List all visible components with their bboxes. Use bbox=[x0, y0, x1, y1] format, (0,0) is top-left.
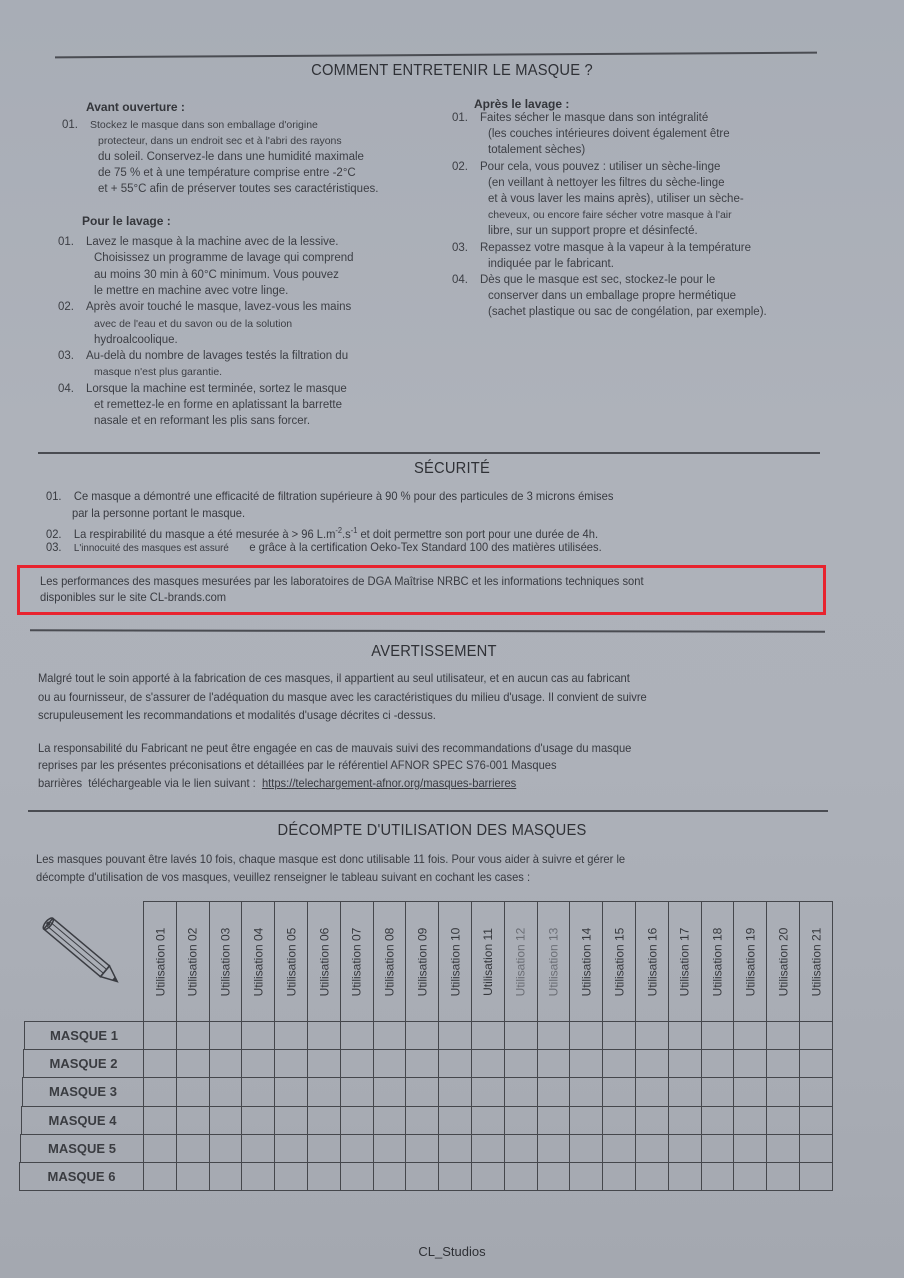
item-number: 01. bbox=[46, 489, 62, 503]
usage-checkbox-cell[interactable] bbox=[504, 1049, 538, 1078]
usage-checkbox-cell[interactable] bbox=[307, 1049, 341, 1078]
divider bbox=[55, 52, 817, 59]
column-header-label: Utilisation 08 bbox=[382, 927, 396, 996]
usage-checkbox-cell[interactable] bbox=[307, 1021, 341, 1050]
item-number: 03. bbox=[452, 240, 468, 256]
list-item-line: indiquée par le fabricant. bbox=[488, 256, 614, 272]
usage-checkbox-cell[interactable] bbox=[635, 1021, 669, 1050]
column-header-label: Utilisation 06 bbox=[317, 927, 331, 996]
usage-checkbox-cell[interactable] bbox=[569, 1134, 603, 1163]
usage-checkbox-cell[interactable] bbox=[274, 1021, 308, 1050]
usage-checkbox-cell[interactable] bbox=[143, 1162, 177, 1191]
list-item-line: du soleil. Conservez-le dans une humidit… bbox=[98, 149, 364, 165]
column-header: Utilisation 10 bbox=[438, 901, 472, 1022]
usage-checkbox-cell[interactable] bbox=[340, 1134, 374, 1163]
usage-checkbox-cell[interactable] bbox=[602, 1077, 636, 1106]
column-header: Utilisation 01 bbox=[143, 901, 177, 1022]
column-header-label: Utilisation 04 bbox=[251, 927, 265, 996]
list-item-line: Faites sécher le masque dans son intégra… bbox=[480, 110, 708, 126]
usage-checkbox-cell[interactable] bbox=[537, 1134, 571, 1163]
performance-note-line-1: Les performances des masques mesurées pa… bbox=[40, 573, 644, 590]
usage-checkbox-cell[interactable] bbox=[241, 1134, 275, 1163]
list-item-line: avec de l'eau et du savon ou de la solut… bbox=[94, 316, 292, 332]
usage-checkbox-cell[interactable] bbox=[438, 1106, 472, 1135]
usage-checkbox-cell[interactable] bbox=[405, 1134, 439, 1163]
list-item-line: nasale et en reformant les plis sans for… bbox=[94, 413, 310, 429]
column-header-label: Utilisation 14 bbox=[579, 927, 593, 996]
usage-checkbox-cell[interactable] bbox=[241, 1106, 275, 1135]
column-header: Utilisation 02 bbox=[176, 901, 210, 1022]
usage-checkbox-cell[interactable] bbox=[274, 1049, 308, 1078]
usage-checkbox-cell[interactable] bbox=[471, 1134, 505, 1163]
usage-checkbox-cell[interactable] bbox=[405, 1049, 439, 1078]
row-label: MASQUE 5 bbox=[20, 1134, 144, 1163]
usage-checkbox-cell[interactable] bbox=[635, 1134, 669, 1163]
usage-checkbox-cell[interactable] bbox=[504, 1106, 538, 1135]
unit-exponent: -1 bbox=[351, 526, 358, 535]
usage-checkbox-cell[interactable] bbox=[766, 1021, 800, 1050]
usage-checkbox-cell[interactable] bbox=[176, 1021, 210, 1050]
usage-checkbox-cell[interactable] bbox=[701, 1106, 735, 1135]
usage-checkbox-cell[interactable] bbox=[241, 1077, 275, 1106]
usage-checkbox-cell[interactable] bbox=[241, 1021, 275, 1050]
usage-checkbox-cell[interactable] bbox=[602, 1134, 636, 1163]
row-label: MASQUE 4 bbox=[21, 1106, 144, 1135]
usage-checkbox-cell[interactable] bbox=[537, 1106, 571, 1135]
column-header: Utilisation 05 bbox=[274, 901, 308, 1022]
afnor-link[interactable]: https://telechargement-afnor.org/masques… bbox=[262, 776, 516, 790]
list-item-line: de 75 % et à une température comprise en… bbox=[98, 165, 356, 181]
usage-checkbox-cell[interactable] bbox=[274, 1106, 308, 1135]
list-item-line: (les couches intérieures doivent égaleme… bbox=[488, 126, 730, 142]
column-header: Utilisation 03 bbox=[209, 901, 243, 1022]
column-header: Utilisation 17 bbox=[668, 901, 702, 1022]
usage-checkbox-cell[interactable] bbox=[405, 1162, 439, 1191]
column-header-label: Utilisation 10 bbox=[448, 927, 462, 996]
column-header-label: Utilisation 01 bbox=[153, 927, 167, 996]
security-title: SÉCURITÉ bbox=[342, 460, 563, 478]
security-item-1: 01. Ce masque a démontré une efficacité … bbox=[46, 488, 613, 505]
usage-checkbox-cell[interactable] bbox=[340, 1106, 374, 1135]
usage-checkbox-cell[interactable] bbox=[668, 1021, 702, 1050]
usage-checkbox-cell[interactable] bbox=[143, 1021, 177, 1050]
column-header-label: Utilisation 16 bbox=[645, 927, 659, 996]
usage-checkbox-cell[interactable] bbox=[176, 1049, 210, 1078]
usage-checkbox-cell[interactable] bbox=[209, 1134, 243, 1163]
usage-checkbox-cell[interactable] bbox=[766, 1162, 800, 1191]
usage-checkbox-cell[interactable] bbox=[340, 1021, 374, 1050]
usage-checkbox-cell[interactable] bbox=[209, 1162, 243, 1191]
usage-checkbox-cell[interactable] bbox=[569, 1077, 603, 1106]
column-header: Utilisation 21 bbox=[799, 901, 833, 1022]
usage-checkbox-cell[interactable] bbox=[799, 1077, 833, 1106]
usage-checkbox-cell[interactable] bbox=[209, 1106, 243, 1135]
column-header-label: Utilisation 05 bbox=[284, 927, 298, 996]
list-item-line: et à vous laver les mains après), utilis… bbox=[488, 191, 744, 207]
list-item-line: Lavez le masque à la machine avec de la … bbox=[86, 234, 339, 250]
usage-checkbox-cell[interactable] bbox=[602, 1162, 636, 1191]
usage-checkbox-cell[interactable] bbox=[701, 1021, 735, 1050]
divider bbox=[28, 810, 828, 812]
usage-checkbox-cell[interactable] bbox=[668, 1162, 702, 1191]
usage-checkbox-cell[interactable] bbox=[733, 1106, 767, 1135]
column-header-label: Utilisation 21 bbox=[809, 927, 823, 996]
column-header-label: Utilisation 18 bbox=[710, 927, 724, 996]
usage-checkbox-cell[interactable] bbox=[471, 1106, 505, 1135]
usage-checkbox-cell[interactable] bbox=[438, 1134, 472, 1163]
warning-para-2-line-2: reprises par les présentes préconisation… bbox=[38, 757, 557, 774]
item-number: 04. bbox=[58, 381, 74, 397]
warning-para-2-line-3: barrières téléchargeable via le lien sui… bbox=[38, 775, 516, 792]
list-item-line: le mettre en machine avec votre linge. bbox=[94, 283, 288, 299]
care-title: COMMENT ENTRETENIR LE MASQUE ? bbox=[250, 62, 655, 80]
item-number: 01. bbox=[58, 234, 74, 250]
column-header-label: Utilisation 15 bbox=[612, 927, 626, 996]
footer-brand: CL_Studios bbox=[0, 1244, 904, 1259]
link-label: barrières téléchargeable via le lien sui… bbox=[38, 776, 262, 790]
usage-checkbox-cell[interactable] bbox=[504, 1162, 538, 1191]
warning-para-2-line-1: La responsabilité du Fabricant ne peut ê… bbox=[38, 740, 631, 757]
usage-checkbox-cell[interactable] bbox=[241, 1162, 275, 1191]
column-header: Utilisation 12 bbox=[504, 901, 538, 1022]
column-header: Utilisation 13 bbox=[537, 901, 571, 1022]
security-text: par la personne portant le masque. bbox=[72, 506, 245, 520]
after-washing-heading: Après le lavage : bbox=[474, 97, 569, 111]
row-label: MASQUE 2 bbox=[23, 1049, 144, 1078]
list-item-line: (en veillant à nettoyer les filtres du s… bbox=[488, 175, 725, 191]
usage-checkbox-cell[interactable] bbox=[635, 1106, 669, 1135]
item-number: 01. bbox=[452, 110, 468, 126]
usage-checkbox-cell[interactable] bbox=[209, 1077, 243, 1106]
usage-checkbox-cell[interactable] bbox=[471, 1021, 505, 1050]
washing-heading: Pour le lavage : bbox=[82, 214, 171, 228]
list-item-line: Stockez le masque dans son emballage d'o… bbox=[90, 117, 318, 133]
usage-checkbox-cell[interactable] bbox=[799, 1162, 833, 1191]
usage-checkbox-cell[interactable] bbox=[537, 1049, 571, 1078]
list-item-line: protecteur, dans un endroit sec et à l'a… bbox=[98, 133, 342, 149]
list-item-line: Lorsque la machine est terminée, sortez … bbox=[86, 381, 347, 397]
usage-checkbox-cell[interactable] bbox=[438, 1162, 472, 1191]
usage-checkbox-cell[interactable] bbox=[733, 1162, 767, 1191]
list-item-line: et remettez-le en forme en aplatissant l… bbox=[94, 397, 342, 413]
usage-checkbox-cell[interactable] bbox=[668, 1106, 702, 1135]
usage-checkbox-cell[interactable] bbox=[569, 1106, 603, 1135]
usage-checkbox-cell[interactable] bbox=[602, 1049, 636, 1078]
usage-checkbox-cell[interactable] bbox=[405, 1077, 439, 1106]
usage-checkbox-cell[interactable] bbox=[799, 1106, 833, 1135]
column-header: Utilisation 06 bbox=[307, 901, 341, 1022]
usage-checkbox-cell[interactable] bbox=[307, 1077, 341, 1106]
item-number: 02. bbox=[58, 299, 74, 315]
item-number: 02. bbox=[452, 159, 468, 175]
usage-checkbox-cell[interactable] bbox=[537, 1021, 571, 1050]
usage-checkbox-cell[interactable] bbox=[602, 1106, 636, 1135]
list-item-line: libre, sur un support propre et désinfec… bbox=[488, 223, 698, 239]
column-header: Utilisation 09 bbox=[405, 901, 439, 1022]
usage-checkbox-cell[interactable] bbox=[537, 1077, 571, 1106]
item-number: 01. bbox=[62, 117, 78, 133]
usage-checkbox-cell[interactable] bbox=[635, 1162, 669, 1191]
divider bbox=[30, 629, 825, 632]
list-item-line: conserver dans un emballage propre hermé… bbox=[488, 288, 736, 304]
usage-checkbox-cell[interactable] bbox=[569, 1162, 603, 1191]
security-item-3: 03. L'innocuité des masques est assurée … bbox=[46, 539, 602, 557]
usage-checkbox-cell[interactable] bbox=[143, 1049, 177, 1078]
column-header-label: Utilisation 02 bbox=[186, 927, 200, 996]
usage-checkbox-cell[interactable] bbox=[143, 1106, 177, 1135]
usage-checkbox-cell[interactable] bbox=[733, 1077, 767, 1106]
usage-checkbox-cell[interactable] bbox=[766, 1077, 800, 1106]
usage-checkbox-cell[interactable] bbox=[766, 1106, 800, 1135]
usage-checkbox-cell[interactable] bbox=[373, 1106, 407, 1135]
list-item-line: Dès que le masque est sec, stockez-le po… bbox=[480, 272, 715, 288]
column-header: Utilisation 04 bbox=[241, 901, 275, 1022]
column-header-label: Utilisation 17 bbox=[678, 927, 692, 996]
column-header: Utilisation 07 bbox=[340, 901, 374, 1022]
list-item-line: et + 55°C afin de préserver toutes ses c… bbox=[98, 181, 378, 197]
item-number: 04. bbox=[452, 272, 468, 288]
usage-checkbox-cell[interactable] bbox=[405, 1021, 439, 1050]
document-page: COMMENT ENTRETENIR LE MASQUE ? Avant ouv… bbox=[0, 0, 904, 1278]
usage-checkbox-cell[interactable] bbox=[635, 1049, 669, 1078]
usage-checkbox-cell[interactable] bbox=[373, 1049, 407, 1078]
list-item-line: Choisissez un programme de lavage qui co… bbox=[94, 250, 354, 266]
usage-checkbox-cell[interactable] bbox=[635, 1077, 669, 1106]
usage-checkbox-cell[interactable] bbox=[668, 1134, 702, 1163]
column-header: Utilisation 08 bbox=[373, 901, 407, 1022]
warning-para-1-line-2: ou au fournisseur, de s'assurer de l'adé… bbox=[38, 689, 647, 706]
security-text: e grâce à la certification Oeko-Tex Stan… bbox=[249, 540, 601, 554]
usage-checkbox-cell[interactable] bbox=[340, 1049, 374, 1078]
column-header-label: Utilisation 03 bbox=[218, 927, 232, 996]
usage-checkbox-cell[interactable] bbox=[373, 1077, 407, 1106]
column-header: Utilisation 19 bbox=[733, 901, 767, 1022]
usage-intro-line-2: décompte d'utilisation de vos masques, v… bbox=[36, 869, 530, 886]
usage-checkbox-cell[interactable] bbox=[701, 1162, 735, 1191]
list-item-line: Au-delà du nombre de lavages testés la f… bbox=[86, 348, 348, 364]
usage-checkbox-cell[interactable] bbox=[274, 1077, 308, 1106]
list-item-line: masque n'est plus garantie. bbox=[94, 364, 222, 380]
usage-checkbox-cell[interactable] bbox=[373, 1021, 407, 1050]
usage-checkbox-cell[interactable] bbox=[569, 1049, 603, 1078]
usage-checkbox-cell[interactable] bbox=[668, 1049, 702, 1078]
usage-checkbox-cell[interactable] bbox=[241, 1049, 275, 1078]
usage-checkbox-cell[interactable] bbox=[340, 1077, 374, 1106]
usage-checkbox-cell[interactable] bbox=[701, 1134, 735, 1163]
usage-checkbox-cell[interactable] bbox=[438, 1077, 472, 1106]
usage-intro-line-1: Les masques pouvant être lavés 10 fois, … bbox=[36, 851, 625, 868]
column-header-label: Utilisation 20 bbox=[776, 927, 790, 996]
usage-checkbox-cell[interactable] bbox=[504, 1021, 538, 1050]
usage-checkbox-cell[interactable] bbox=[209, 1049, 243, 1078]
security-item-1-cont: par la personne portant le masque. bbox=[72, 505, 245, 522]
usage-checkbox-cell[interactable] bbox=[307, 1162, 341, 1191]
usage-title: DÉCOMPTE D'UTILISATION DES MASQUES bbox=[230, 822, 635, 840]
usage-checkbox-cell[interactable] bbox=[274, 1134, 308, 1163]
usage-checkbox-cell[interactable] bbox=[471, 1049, 505, 1078]
usage-checkbox-cell[interactable] bbox=[176, 1106, 210, 1135]
list-item-line: Après avoir touché le masque, lavez-vous… bbox=[86, 299, 351, 315]
column-header: Utilisation 14 bbox=[569, 901, 603, 1022]
usage-checkbox-cell[interactable] bbox=[504, 1077, 538, 1106]
item-number: 03. bbox=[58, 348, 74, 364]
usage-checkbox-cell[interactable] bbox=[209, 1021, 243, 1050]
usage-checkbox-cell[interactable] bbox=[569, 1021, 603, 1050]
pencil-icon bbox=[32, 905, 132, 1000]
column-header: Utilisation 16 bbox=[635, 901, 669, 1022]
list-item-line: hydroalcoolique. bbox=[94, 332, 178, 348]
warning-para-1-line-1: Malgré tout le soin apporté à la fabrica… bbox=[38, 670, 630, 687]
list-item-line: Repassez votre masque à la vapeur à la t… bbox=[480, 240, 751, 256]
column-header-label: Utilisation 19 bbox=[743, 927, 757, 996]
row-label: MASQUE 1 bbox=[24, 1021, 144, 1050]
usage-checkbox-cell[interactable] bbox=[733, 1049, 767, 1078]
column-header-label: Utilisation 12 bbox=[514, 927, 528, 996]
security-text: L'innocuité des masques est assuré bbox=[74, 542, 229, 554]
usage-checkbox-cell[interactable] bbox=[504, 1134, 538, 1163]
usage-checkbox-cell[interactable] bbox=[799, 1049, 833, 1078]
usage-checkbox-cell[interactable] bbox=[143, 1134, 177, 1163]
usage-checkbox-cell[interactable] bbox=[733, 1021, 767, 1050]
usage-checkbox-cell[interactable] bbox=[733, 1134, 767, 1163]
before-opening-heading: Avant ouverture : bbox=[86, 100, 185, 114]
column-header-label: Utilisation 07 bbox=[350, 927, 364, 996]
usage-checkbox-cell[interactable] bbox=[766, 1049, 800, 1078]
usage-checkbox-cell[interactable] bbox=[143, 1077, 177, 1106]
warning-para-1-line-3: scrupuleusement les recommandations et m… bbox=[38, 707, 436, 724]
row-label: MASQUE 6 bbox=[19, 1162, 144, 1191]
usage-checkbox-cell[interactable] bbox=[307, 1106, 341, 1135]
usage-checkbox-cell[interactable] bbox=[701, 1077, 735, 1106]
usage-checkbox-cell[interactable] bbox=[799, 1021, 833, 1050]
divider bbox=[38, 452, 820, 454]
usage-checkbox-cell[interactable] bbox=[176, 1162, 210, 1191]
usage-checkbox-cell[interactable] bbox=[176, 1134, 210, 1163]
usage-checkbox-cell[interactable] bbox=[405, 1106, 439, 1135]
column-header-label: Utilisation 09 bbox=[415, 927, 429, 996]
usage-checkbox-cell[interactable] bbox=[766, 1134, 800, 1163]
usage-checkbox-cell[interactable] bbox=[373, 1162, 407, 1191]
list-item-line: cheveux, ou encore faire sécher votre ma… bbox=[488, 207, 732, 223]
column-header: Utilisation 15 bbox=[602, 901, 636, 1022]
list-item-line: Pour cela, vous pouvez : utiliser un sèc… bbox=[480, 159, 720, 175]
warning-title: AVERTISSEMENT bbox=[324, 643, 545, 661]
usage-checkbox-cell[interactable] bbox=[274, 1162, 308, 1191]
usage-checkbox-cell[interactable] bbox=[668, 1077, 702, 1106]
list-item-line: totalement sèches) bbox=[488, 142, 585, 158]
column-header-label: Utilisation 13 bbox=[546, 927, 560, 996]
performance-note-line-2: disponibles sur le site CL-brands.com bbox=[40, 589, 226, 606]
usage-checkbox-cell[interactable] bbox=[602, 1021, 636, 1050]
usage-checkbox-cell[interactable] bbox=[438, 1049, 472, 1078]
list-item-line: au moins 30 min à 60°C minimum. Vous pou… bbox=[94, 267, 339, 283]
usage-checkbox-cell[interactable] bbox=[537, 1162, 571, 1191]
usage-checkbox-cell[interactable] bbox=[373, 1134, 407, 1163]
column-header: Utilisation 20 bbox=[766, 901, 800, 1022]
column-header: Utilisation 11 bbox=[471, 901, 505, 1022]
usage-checkbox-cell[interactable] bbox=[701, 1049, 735, 1078]
row-label: MASQUE 3 bbox=[22, 1077, 144, 1106]
column-header: Utilisation 18 bbox=[701, 901, 735, 1022]
usage-checkbox-cell[interactable] bbox=[471, 1077, 505, 1106]
usage-checkbox-cell[interactable] bbox=[307, 1134, 341, 1163]
list-item-line: (sachet plastique ou sac de congélation,… bbox=[488, 304, 767, 320]
usage-checkbox-cell[interactable] bbox=[340, 1162, 374, 1191]
security-text: Ce masque a démontré une efficacité de f… bbox=[74, 489, 613, 503]
column-header-label: Utilisation 11 bbox=[481, 928, 495, 996]
usage-checkbox-cell[interactable] bbox=[438, 1021, 472, 1050]
usage-checkbox-cell[interactable] bbox=[471, 1162, 505, 1191]
item-number: 03. bbox=[46, 540, 62, 554]
usage-checkbox-cell[interactable] bbox=[799, 1134, 833, 1163]
usage-checkbox-cell[interactable] bbox=[176, 1077, 210, 1106]
